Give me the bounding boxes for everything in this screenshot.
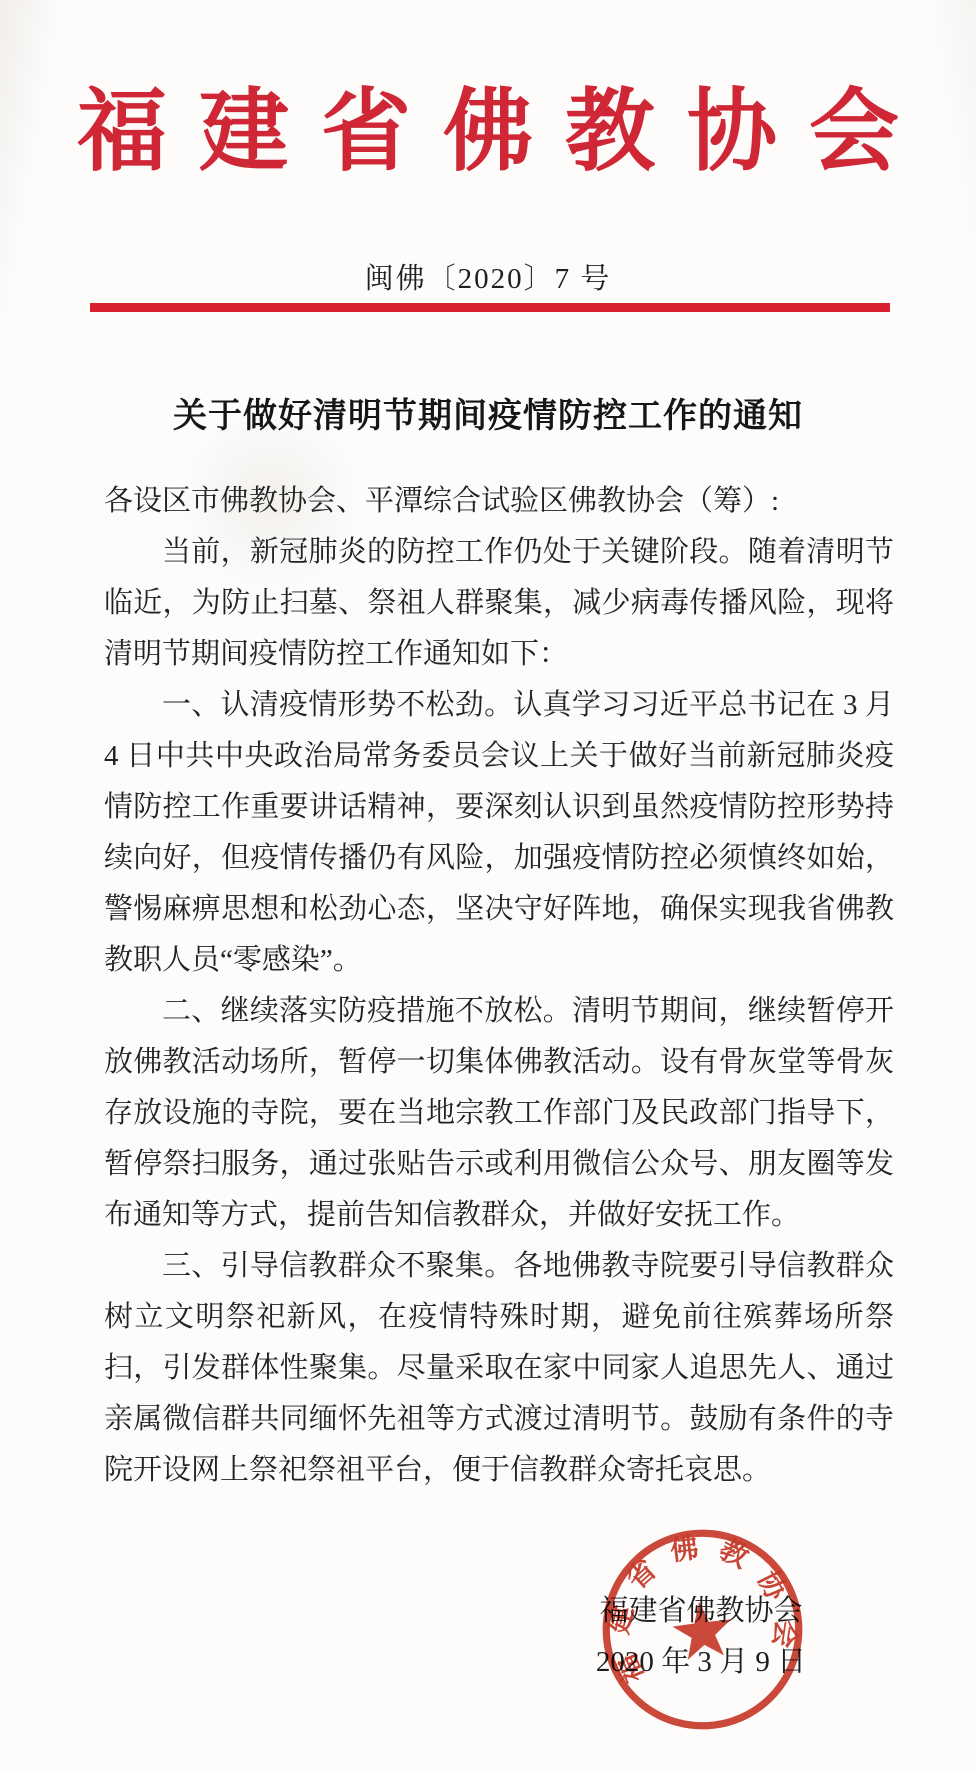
- salutation: 各设区市佛教协会、平潭综合试验区佛教协会（筹）:: [104, 476, 894, 527]
- doc-number: 闽佛〔2020〕7 号: [0, 256, 976, 297]
- signature-block: 福建省佛教协会 2020 年 3 月 9 日: [540, 1586, 862, 1688]
- body-paragraph-2: 一、认清疫情形势不松劲。认真学习习近平总书记在 3 月 4 日中共中央政治局常务…: [104, 680, 894, 986]
- document-body: 各设区市佛教协会、平潭综合试验区佛教协会（筹）: 当前，新冠肺炎的防控工作仍处于…: [104, 476, 894, 1496]
- body-paragraph-3: 二、继续落实防疫措施不放松。清明节期间，继续暂停开放佛教活动场所，暂停一切集体佛…: [104, 986, 894, 1241]
- body-paragraph-4: 三、引导信教群众不聚集。各地佛教寺院要引导信教群众树立文明祭祀新风，在疫情特殊时…: [104, 1241, 894, 1496]
- signature-org: 福建省佛教协会: [540, 1586, 862, 1637]
- org-header-title: 福建省佛教协会: [0, 58, 976, 188]
- document-page: 福建省佛教协会 闽佛〔2020〕7 号 关于做好清明节期间疫情防控工作的通知 各…: [0, 0, 976, 1770]
- document-title: 关于做好清明节期间疫情防控工作的通知: [0, 388, 976, 437]
- signature-date: 2020 年 3 月 9 日: [540, 1637, 862, 1688]
- body-paragraph-1: 当前，新冠肺炎的防控工作仍处于关键阶段。随着清明节临近，为防止扫墓、祭祖人群聚集…: [104, 527, 894, 680]
- red-divider-rule: [90, 303, 890, 312]
